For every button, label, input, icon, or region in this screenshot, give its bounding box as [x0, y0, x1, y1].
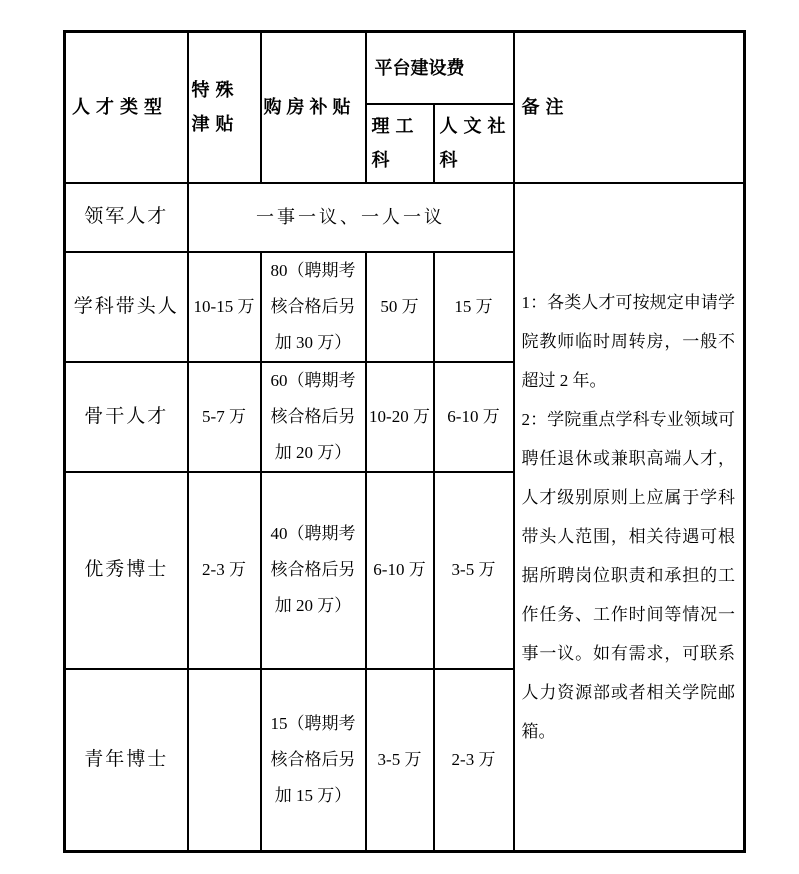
header-talent-type: 人才类型 — [65, 32, 188, 183]
cell-discipline-leader-platform-hum: 15 万 — [434, 252, 514, 362]
header-platform-sci: 理工科 — [366, 104, 434, 183]
header-platform-hum: 人文社科 — [434, 104, 514, 183]
row-label-young-phd: 青年博士 — [65, 669, 188, 852]
header-special-allowance: 特殊津贴 — [188, 32, 261, 183]
cell-leading-talent-negotiated: 一事一议、一人一议 — [188, 183, 514, 252]
cell-outstanding-phd-housing: 40（聘期考核合格后另加 20 万） — [261, 472, 366, 669]
header-platform-fee: 平台建设费 — [366, 32, 514, 104]
cell-discipline-leader-allowance: 10-15 万 — [188, 252, 261, 362]
cell-discipline-leader-platform-sci: 50 万 — [366, 252, 434, 362]
cell-outstanding-phd-platform-hum: 3-5 万 — [434, 472, 514, 669]
cell-backbone-talent-allowance: 5-7 万 — [188, 362, 261, 472]
cell-young-phd-platform-hum: 2-3 万 — [434, 669, 514, 852]
cell-remarks: 1：各类人才可按规定申请学院教师临时周转房，一般不超过 2 年。 2：学院重点学… — [514, 183, 745, 852]
cell-outstanding-phd-allowance: 2-3 万 — [188, 472, 261, 669]
row-label-discipline-leader: 学科带头人 — [65, 252, 188, 362]
cell-discipline-leader-housing: 80（聘期考核合格后另加 30 万） — [261, 252, 366, 362]
cell-young-phd-platform-sci: 3-5 万 — [366, 669, 434, 852]
row-label-outstanding-phd: 优秀博士 — [65, 472, 188, 669]
row-label-backbone-talent: 骨干人才 — [65, 362, 188, 472]
document-page: 人才类型 特殊津贴 购房补贴 平台建设费 备注 理工科 人文社科 领军人才 一事… — [0, 0, 799, 874]
cell-backbone-talent-housing: 60（聘期考核合格后另加 20 万） — [261, 362, 366, 472]
header-remarks: 备注 — [514, 32, 745, 183]
cell-young-phd-allowance — [188, 669, 261, 852]
cell-young-phd-housing: 15（聘期考核合格后另加 15 万） — [261, 669, 366, 852]
row-label-leading-talent: 领军人才 — [65, 183, 188, 252]
header-housing-subsidy: 购房补贴 — [261, 32, 366, 183]
cell-outstanding-phd-platform-sci: 6-10 万 — [366, 472, 434, 669]
cell-backbone-talent-platform-hum: 6-10 万 — [434, 362, 514, 472]
cell-backbone-talent-platform-sci: 10-20 万 — [366, 362, 434, 472]
remarks-note-1: 1：各类人才可按规定申请学院教师临时周转房，一般不超过 2 年。 — [522, 283, 736, 400]
talent-benefits-table: 人才类型 特殊津贴 购房补贴 平台建设费 备注 理工科 人文社科 领军人才 一事… — [63, 30, 746, 853]
remarks-note-2: 2：学院重点学科专业领域可聘任退休或兼职高端人才，人才级别原则上应属于学科带头人… — [522, 400, 736, 751]
